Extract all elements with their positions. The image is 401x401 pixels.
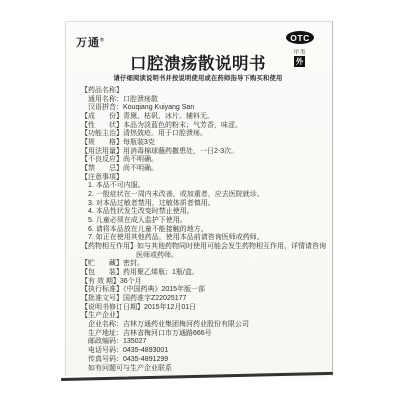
leaflet-line: 2. 一般症状在一周内未改善，或加重者，应去医院就诊。: [88, 191, 327, 200]
leaflet-line: 【生产企业】: [81, 312, 327, 321]
otc-badge: OTC: [286, 31, 314, 44]
leaflet-line: 企业名称：吉林万通药业集团梅河药业股份有限公司: [88, 321, 327, 330]
leaflet-line: 【包 装】药用聚乙烯瓶；1瓶/盒。: [81, 269, 327, 278]
leaflet-line: 【批准文号】国药准字Z22025177: [81, 295, 327, 304]
leaflet-line: 如有问题可与生产企业联系: [88, 365, 327, 374]
leaflet-line: 【药物相互作用】如与其他药物同时使用可能会发生药物相互作用，详情请咨询: [81, 243, 327, 252]
leaflet-line: 【成 份】青黛、枯矾、冰片。辅料无。: [81, 113, 327, 122]
leaflet-line: 医师或药师。: [136, 252, 327, 261]
leaflet-line: 7. 如正在使用其他药品，使用本品前请咨询医师或药师。: [88, 234, 327, 243]
leaflet-line: 【功能主治】清热敛疮。用于口腔溃疡。: [81, 130, 327, 139]
leaflet-line: 5. 儿童必须在成人监护下使用。: [88, 217, 327, 226]
leaflet-line: 【执行标准】《中国药典》2015年版一部: [81, 286, 327, 295]
leaflet-line: 4. 本品性状发生改变时禁止使用。: [88, 208, 327, 217]
brand-logo: 万通®: [76, 34, 104, 50]
body-lines: 【药品名称】通用名称：口腔溃疡散汉语拼音：Kouqiang Kuiyang Sa…: [81, 87, 327, 373]
leaflet-line: 【禁 忌】尚不明确。: [81, 165, 327, 174]
leaflet-photo: 万通® 口腔溃疡散说明书 请仔细阅读说明书并按说明使用或在药师指导下购买和使用 …: [0, 0, 401, 401]
registered-mark: ®: [100, 37, 104, 43]
leaflet-line: 1. 本品不可内服。: [88, 182, 327, 191]
brand-name: 万通: [76, 37, 100, 49]
leaflet-line: 【药品名称】: [81, 87, 327, 96]
leaflet-line: 【不良反应】尚不明确。: [81, 156, 327, 165]
leaflet-line: 电话号码：0435-4893001: [88, 347, 327, 356]
leaflet-line: 汉语拼音：Kouqiang Kuiyang San: [88, 104, 327, 113]
page-subtitle: 请仔细阅读说明书并按说明使用或在药师指导下购买和使用: [65, 73, 331, 82]
otc-class-label: 甲类: [286, 48, 314, 56]
external-use-badge: 外: [294, 56, 305, 67]
leaflet-line: 【贮 藏】密封。: [81, 260, 327, 269]
leaflet-line: 传真号码：0435-4891299: [88, 356, 327, 365]
leaflet-line: 邮政编码：135027: [88, 338, 327, 347]
leaflet-line: 【规 格】每瓶装3克: [81, 139, 327, 148]
